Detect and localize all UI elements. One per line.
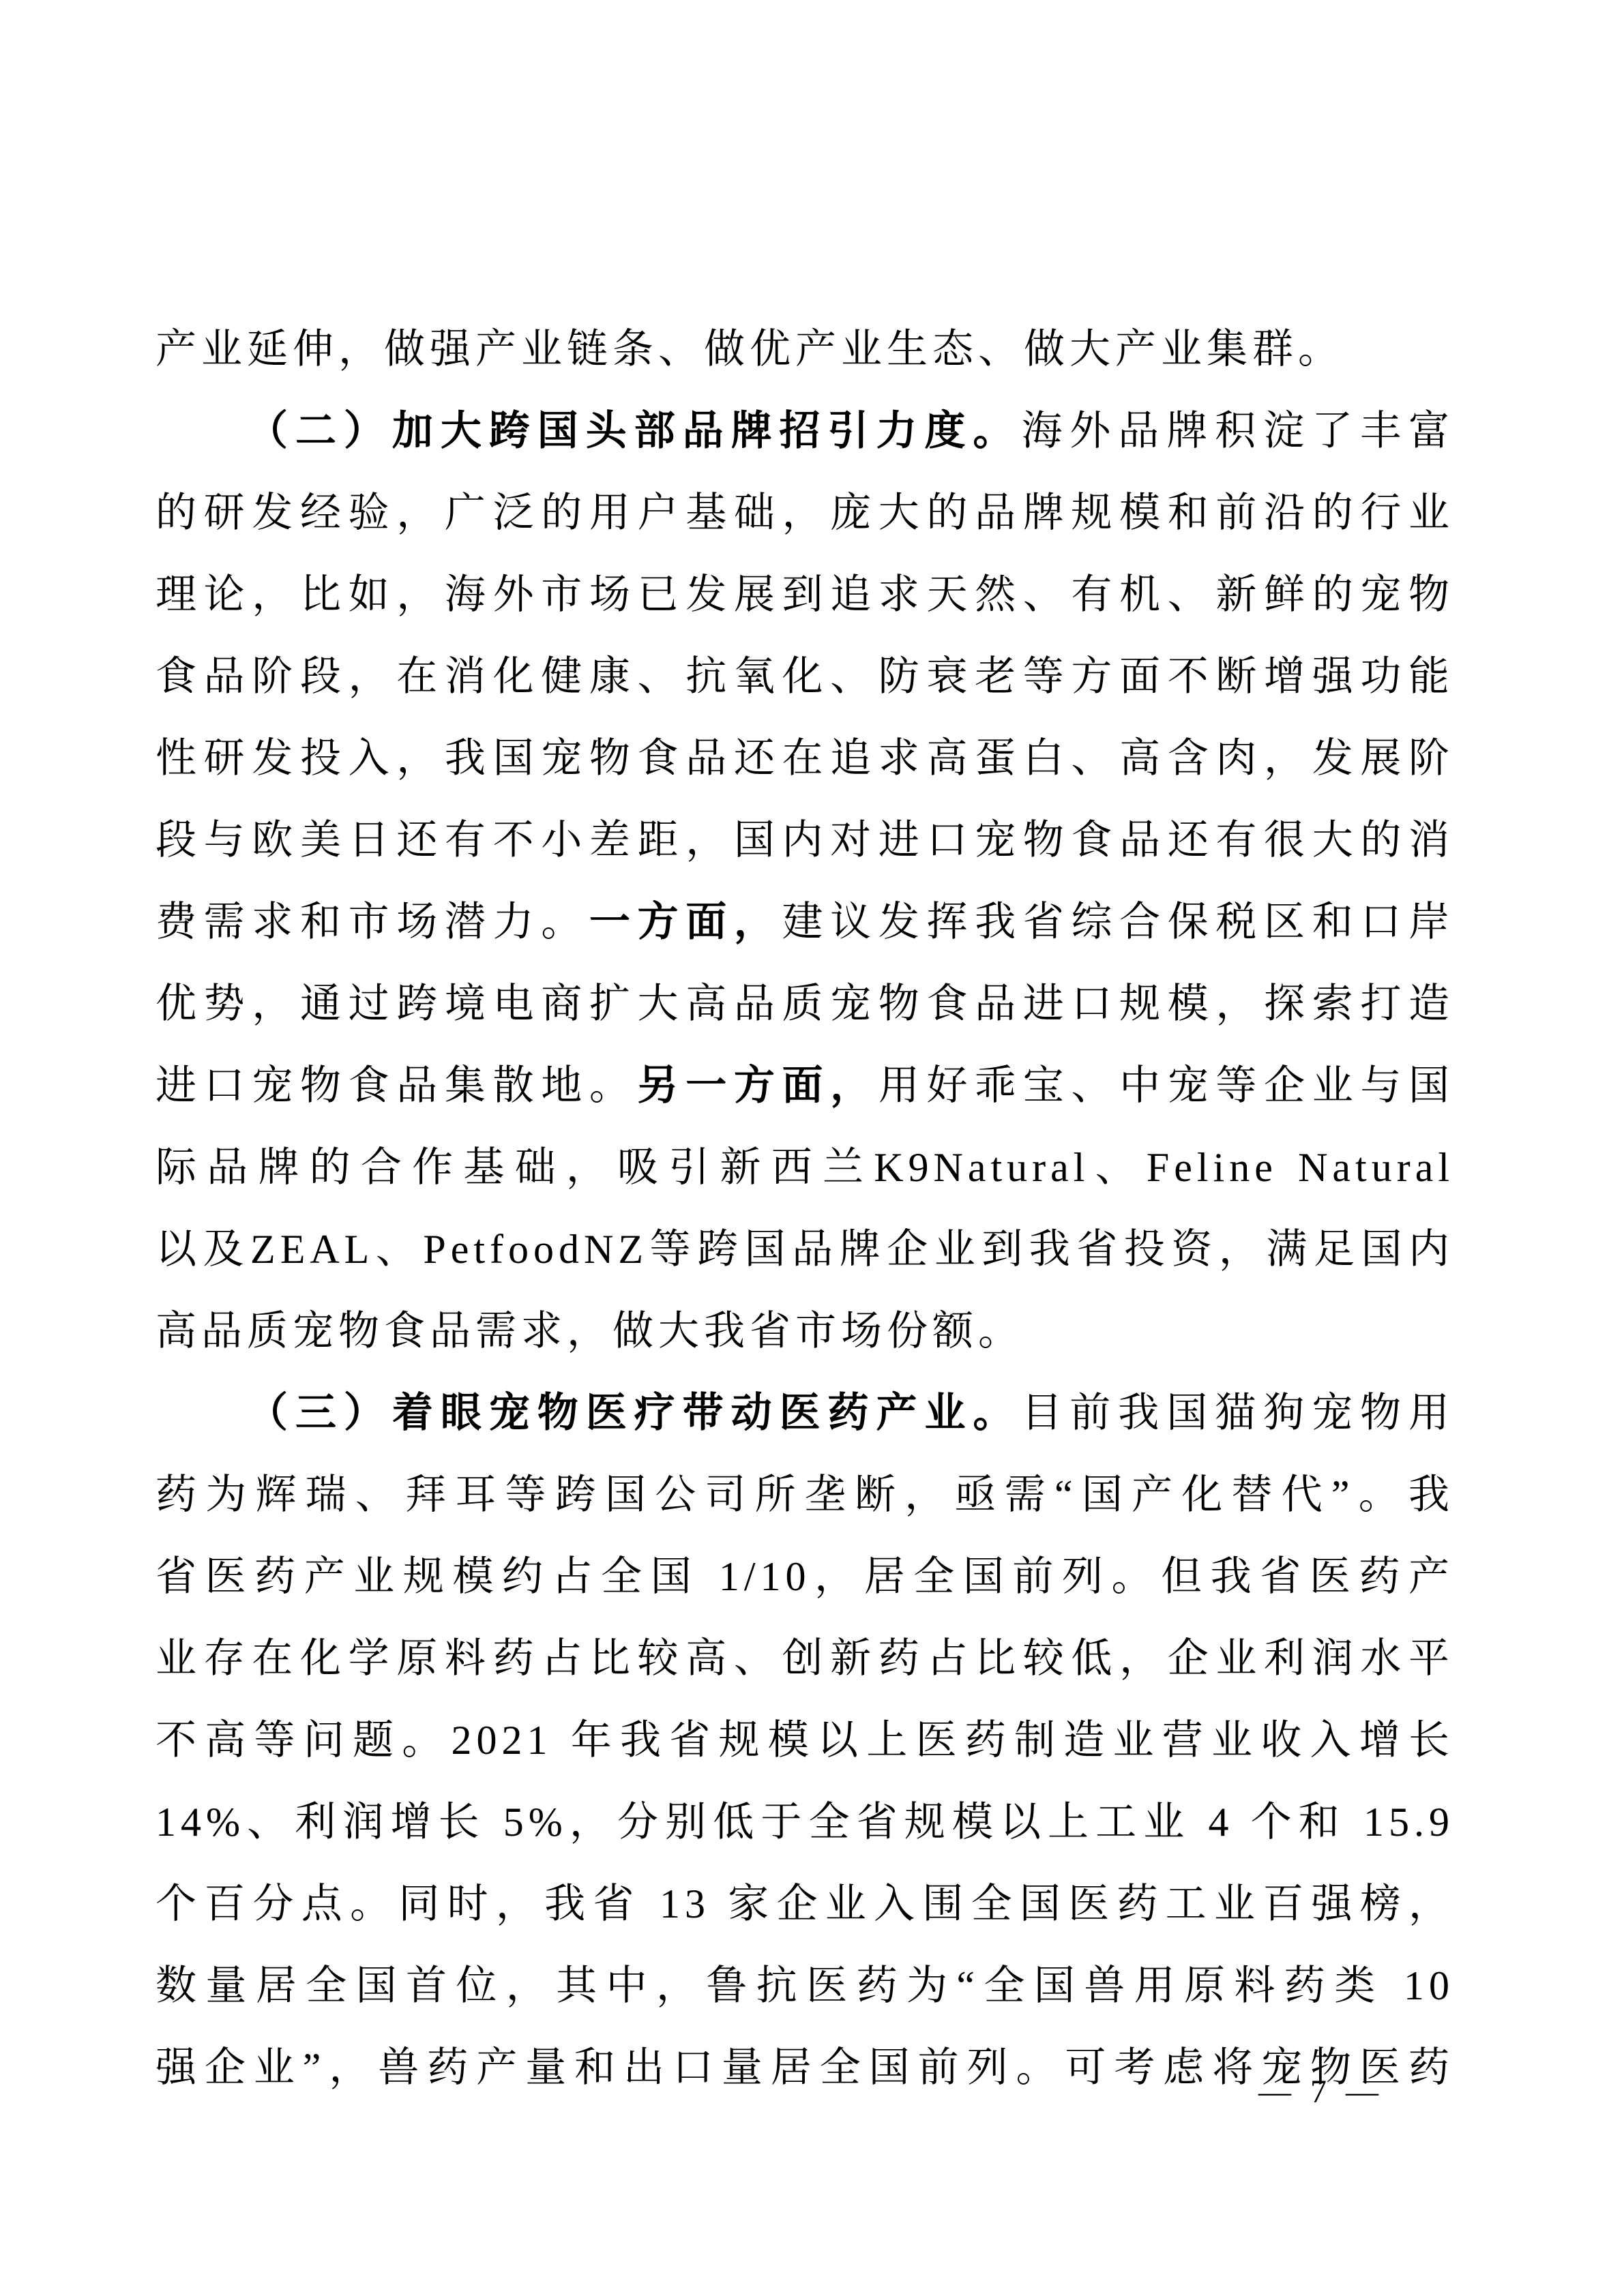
page-number: — 7 — — [1258, 2072, 1384, 2113]
text-segment: 业存在化学原料药占比较高、创新药占比较低，企业利润水平 — [156, 1636, 1454, 1681]
text-line: 际品牌的合作基础，吸引新西兰K9Natural、Feline Natural — [156, 1127, 1454, 1208]
text-segment: 数量居全国首位，其中，鲁抗医药为“全国兽用原料药类 10 — [156, 1963, 1454, 2008]
text-segment: 进口宠物食品集散地。 — [156, 1063, 638, 1108]
text-line: 不高等问题。2021 年我省规模以上医药制造业营业收入增长 — [156, 1699, 1454, 1781]
text-segment: 不高等问题。2021 年我省规模以上医药制造业营业收入增长 — [156, 1718, 1454, 1763]
emphasis-segment: （三）着眼宠物医疗带动医药产业。 — [247, 1390, 1021, 1435]
text-line: （二）加大跨国头部品牌招引力度。海外品牌积淀了丰富 — [156, 390, 1454, 472]
text-line: 高品质宠物食品需求，做大我省市场份额。 — [156, 1290, 1454, 1372]
text-segment: 高品质宠物食品需求，做大我省市场份额。 — [156, 1309, 1024, 1354]
text-line: 食品阶段，在消化健康、抗氧化、防衰老等方面不断增强功能 — [156, 636, 1454, 717]
text-segment: 产业延伸，做强产业链条、做优产业生态、做大产业集群。 — [156, 327, 1344, 372]
text-line: 数量居全国首位，其中，鲁抗医药为“全国兽用原料药类 10 — [156, 1945, 1454, 2027]
text-line: 进口宠物食品集散地。另一方面，用好乖宝、中宠等企业与国 — [156, 1045, 1454, 1127]
text-segment: 14%、利润增长 5%，分别低于全省规模以上工业 4 个和 15.9 — [156, 1800, 1454, 1845]
text-line: 的研发经验，广泛的用户基础，庞大的品牌规模和前沿的行业 — [156, 472, 1454, 554]
text-segment: 个百分点。同时，我省 13 家企业入围全国医药工业百强榜， — [156, 1881, 1454, 1926]
document-body: 产业延伸，做强产业链条、做优产业生态、做大产业集群。（二）加大跨国头部品牌招引力… — [156, 308, 1454, 2108]
text-segment: 目前我国猫狗宠物用 — [1021, 1390, 1454, 1435]
emphasis-segment: 另一方面， — [638, 1063, 879, 1108]
text-line: 段与欧美日还有不小差距，国内对进口宠物食品还有很大的消 — [156, 799, 1454, 881]
text-segment: 的研发经验，广泛的用户基础，庞大的品牌规模和前沿的行业 — [156, 490, 1454, 535]
text-line: （三）着眼宠物医疗带动医药产业。目前我国猫狗宠物用 — [156, 1372, 1454, 1454]
text-segment: 食品阶段，在消化健康、抗氧化、防衰老等方面不断增强功能 — [156, 654, 1454, 699]
text-line: 业存在化学原料药占比较高、创新药占比较低，企业利润水平 — [156, 1617, 1454, 1699]
text-line: 14%、利润增长 5%，分别低于全省规模以上工业 4 个和 15.9 — [156, 1781, 1454, 1863]
text-line: 药为辉瑞、拜耳等跨国公司所垄断，亟需“国产化替代”。我 — [156, 1454, 1454, 1536]
text-line: 以及ZEAL、PetfoodNZ等跨国品牌企业到我省投资，满足国内 — [156, 1208, 1454, 1290]
text-line: 理论，比如，海外市场已发展到追求天然、有机、新鲜的宠物 — [156, 554, 1454, 636]
text-segment: 以及ZEAL、PetfoodNZ等跨国品牌企业到我省投资，满足国内 — [156, 1227, 1454, 1272]
text-line: 性研发投入，我国宠物食品还在追求高蛋白、高含肉，发展阶 — [156, 717, 1454, 799]
text-segment: 优势，通过跨境电商扩大高品质宠物食品进口规模，探索打造 — [156, 981, 1454, 1026]
text-line: 省医药产业规模约占全国 1/10，居全国前列。但我省医药产 — [156, 1536, 1454, 1617]
text-line: 费需求和市场潜力。一方面，建议发挥我省综合保税区和口岸 — [156, 881, 1454, 963]
text-segment: 省医药产业规模约占全国 1/10，居全国前列。但我省医药产 — [156, 1554, 1454, 1599]
text-segment: 段与欧美日还有不小差距，国内对进口宠物食品还有很大的消 — [156, 818, 1454, 863]
text-segment: 费需求和市场潜力。 — [156, 899, 589, 944]
text-segment: 药为辉瑞、拜耳等跨国公司所垄断，亟需“国产化替代”。我 — [156, 1472, 1454, 1517]
emphasis-segment: （二）加大跨国头部品牌招引力度。 — [247, 408, 1021, 453]
text-line: 产业延伸，做强产业链条、做优产业生态、做大产业集群。 — [156, 308, 1454, 390]
text-segment: 用好乖宝、中宠等企业与国 — [879, 1063, 1454, 1108]
text-segment: 理论，比如，海外市场已发展到追求天然、有机、新鲜的宠物 — [156, 572, 1454, 617]
text-segment: 建议发挥我省综合保税区和口岸 — [782, 899, 1455, 944]
text-line: 个百分点。同时，我省 13 家企业入围全国医药工业百强榜， — [156, 1863, 1454, 1945]
text-segment: 际品牌的合作基础，吸引新西兰K9Natural、Feline Natural — [156, 1145, 1454, 1190]
text-segment: 性研发投入，我国宠物食品还在追求高蛋白、高含肉，发展阶 — [156, 736, 1454, 781]
emphasis-segment: 一方面， — [589, 899, 782, 944]
text-segment: 海外品牌积淀了丰富 — [1021, 408, 1454, 453]
document-page: 产业延伸，做强产业链条、做优产业生态、做大产业集群。（二）加大跨国头部品牌招引力… — [0, 0, 1624, 2296]
text-line: 优势，通过跨境电商扩大高品质宠物食品进口规模，探索打造 — [156, 963, 1454, 1045]
